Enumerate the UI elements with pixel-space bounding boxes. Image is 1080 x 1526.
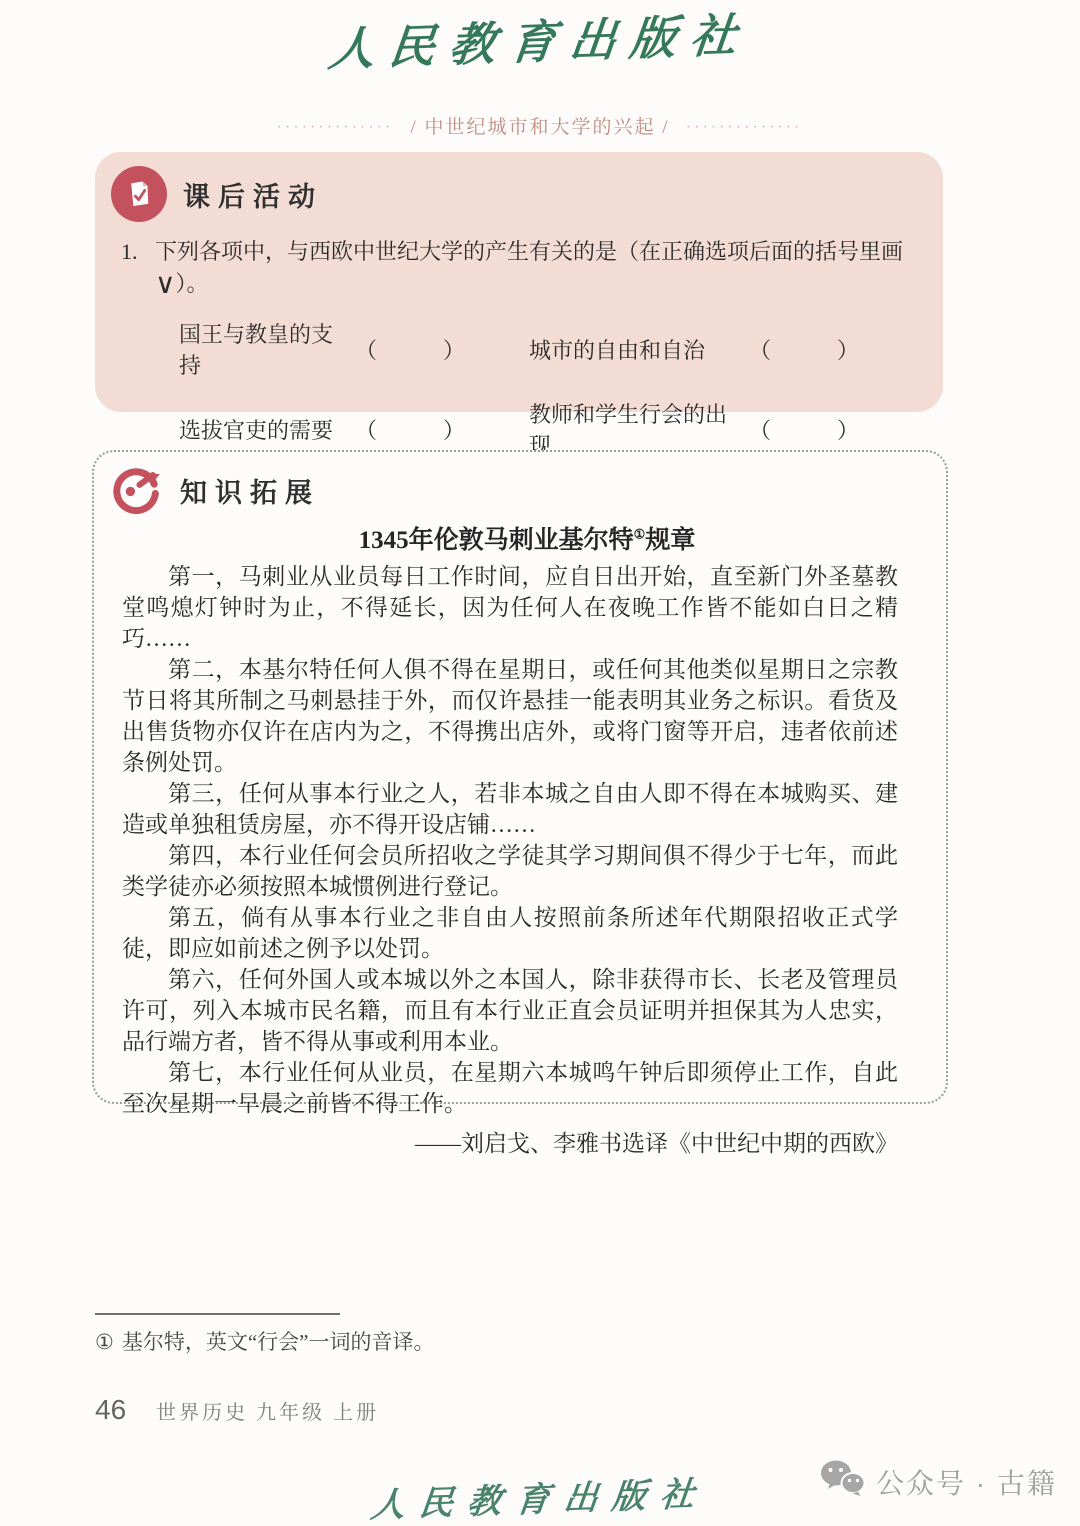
page-footer: 46 世界历史 九年级 上册 bbox=[95, 1394, 379, 1426]
option-label: 选拔官吏的需要 bbox=[179, 414, 333, 445]
answer-bracket: （ ） bbox=[749, 334, 859, 365]
document-paragraph: 第七，本行业任何从业员，在星期六本城鸣午钟后即须停止工作，自此至次星期一早晨之前… bbox=[122, 1057, 898, 1119]
option-label: 国王与教皇的支持 bbox=[179, 318, 355, 380]
option-item: 国王与教皇的支持 （ ） bbox=[179, 318, 529, 380]
activity-section-head: 课后活动 bbox=[111, 166, 917, 222]
page-number: 46 bbox=[95, 1394, 126, 1426]
document-paragraph: 第二，本基尔特任何人俱不得在星期日，或任何其他类似星期日之宗教节日将其所制之马刺… bbox=[122, 654, 898, 778]
publisher-logo-bottom: 人民教育出版社 bbox=[0, 1472, 1080, 1521]
answer-bracket: （ ） bbox=[355, 334, 465, 365]
circular-arrow-icon bbox=[108, 462, 164, 518]
header-dots-right: ·············· bbox=[686, 119, 803, 134]
activity-heading: 课后活动 bbox=[183, 175, 323, 214]
publisher-logo-text: 人民教育出版社 bbox=[369, 1466, 712, 1526]
question-1-options: 国王与教皇的支持 （ ） 城市的自由和自治 （ ） 选拔官吏的需要 （ ） 教师… bbox=[179, 318, 917, 460]
footnote-text: 基尔特，英文“行会”一词的音译。 bbox=[122, 1330, 435, 1354]
knowledge-section-head: 知识拓展 bbox=[108, 462, 946, 518]
book-pen-icon bbox=[111, 166, 167, 222]
question-1-text: 下列各项中，与西欧中世纪大学的产生有关的是（在正确选项后面的括号里画∨）。 bbox=[155, 236, 917, 300]
book-title: 世界历史 九年级 上册 bbox=[156, 1396, 379, 1425]
document-title-main: 1345年伦敦马刺业基尔特 bbox=[359, 527, 634, 554]
activity-question-1: 1. 下列各项中，与西欧中世纪大学的产生有关的是（在正确选项后面的括号里画∨）。 bbox=[121, 236, 917, 300]
question-1-number: 1. bbox=[121, 236, 155, 300]
footnote: ①基尔特，英文“行会”一词的音译。 bbox=[95, 1326, 434, 1356]
textbook-page: 人民教育出版社 ·············· / 中世纪城市和大学的兴起 / ·… bbox=[0, 0, 1080, 1526]
document-paragraph: 第五，倘有从事本行业之非自由人按照前条所述年代期限招收正式学徒，即应如前述之例予… bbox=[122, 902, 898, 964]
knowledge-expansion-box: 知识拓展 1345年伦敦马刺业基尔特①规章 第一，马刺业从业员每日工作时间，应自… bbox=[92, 450, 948, 1104]
document-paragraph: 第一，马刺业从业员每日工作时间，应自日出开始，直至新门外圣墓教堂鸣熄灯钟时为止，… bbox=[122, 561, 898, 654]
publisher-logo-text: 人民教育出版社 bbox=[326, 0, 755, 79]
publisher-logo-top: 人民教育出版社 bbox=[0, 6, 1080, 72]
option-label: 城市的自由和自治 bbox=[529, 334, 705, 365]
option-item: 城市的自由和自治 （ ） bbox=[529, 318, 959, 380]
after-class-activity-box: 课后活动 1. 下列各项中，与西欧中世纪大学的产生有关的是（在正确选项后面的括号… bbox=[95, 152, 943, 412]
document-title: 1345年伦敦马刺业基尔特①规章 bbox=[108, 520, 946, 556]
chapter-header: ·············· / 中世纪城市和大学的兴起 / ·········… bbox=[0, 112, 1080, 139]
chapter-title: / 中世纪城市和大学的兴起 / bbox=[410, 117, 669, 138]
document-paragraph: 第三，任何从事本行业之人，若非本城之自由人即不得在本城购买、建造或单独租赁房屋，… bbox=[122, 778, 898, 840]
document-paragraph: 第四，本行业任何会员所招收之学徒其学习期间俱不得少于七年，而此类学徒亦必须按照本… bbox=[122, 840, 898, 902]
footnote-reference-mark: ① bbox=[634, 527, 646, 542]
checkmark-glyph: ∨ bbox=[155, 268, 176, 299]
document-title-tail: 规章 bbox=[645, 527, 695, 554]
answer-bracket: （ ） bbox=[355, 414, 465, 445]
source-attribution: ——刘启戈、李雅书选译《中世纪中期的西欧》 bbox=[122, 1127, 898, 1161]
question-1-text-suffix: ）。 bbox=[176, 271, 209, 296]
footnote-divider bbox=[95, 1313, 340, 1315]
document-body: 第一，马刺业从业员每日工作时间，应自日出开始，直至新门外圣墓教堂鸣熄灯钟时为止，… bbox=[108, 561, 946, 1161]
footnote-marker: ① bbox=[95, 1330, 114, 1354]
header-dots-left: ·············· bbox=[277, 119, 394, 134]
document-paragraph: 第六，任何外国人或本城以外之本国人，除非获得市长、长老及管理员许可，列入本城市民… bbox=[122, 964, 898, 1057]
answer-bracket: （ ） bbox=[749, 414, 859, 445]
question-1-text-main: 下列各项中，与西欧中世纪大学的产生有关的是（在正确选项后面的括号里画 bbox=[155, 239, 903, 264]
knowledge-heading: 知识拓展 bbox=[180, 471, 320, 510]
